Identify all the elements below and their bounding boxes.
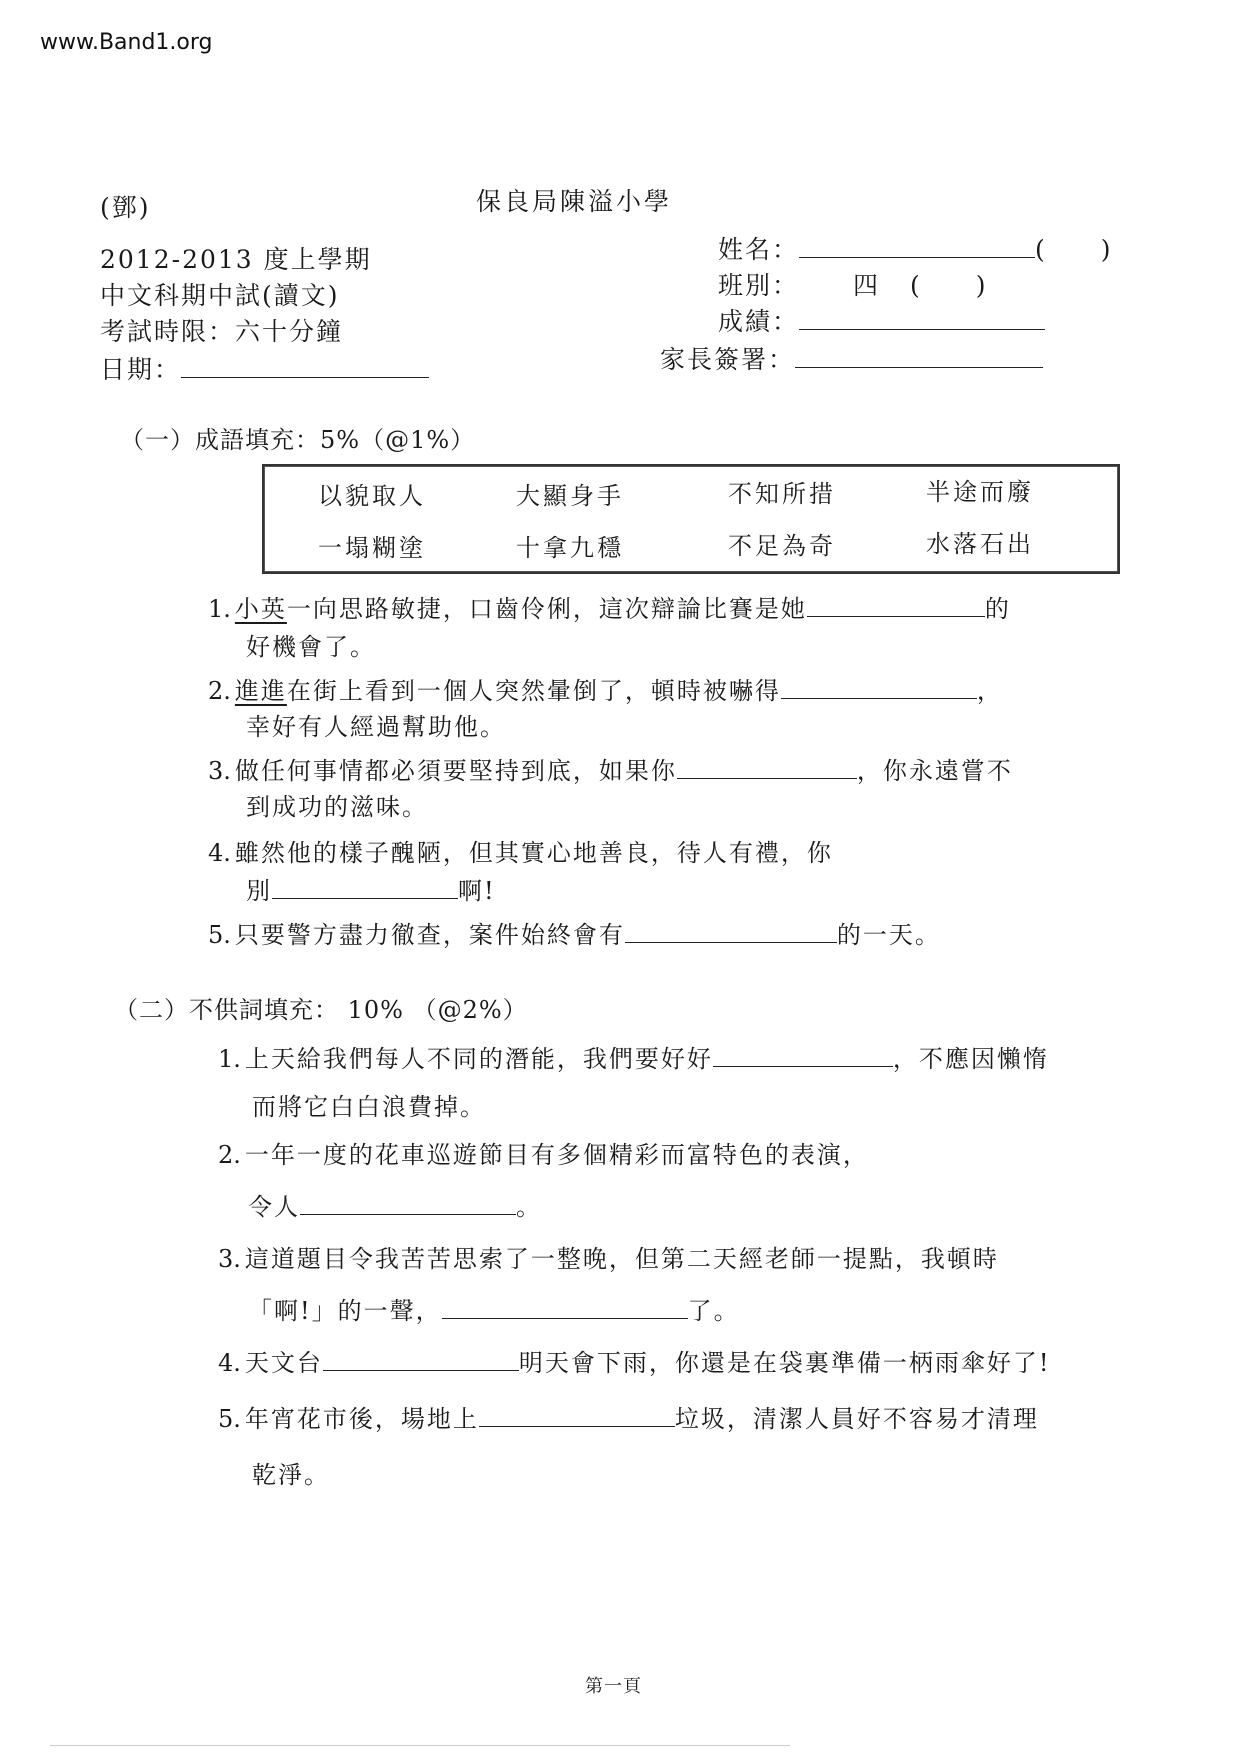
s2-question-3: 3.這道題目令我苦苦思索了一整晚，但第二天經老師一提點，我頓時: [218, 1242, 999, 1276]
answer-blank[interactable]: [713, 1042, 893, 1067]
signature-field[interactable]: 家長簽署：: [660, 340, 1043, 376]
teacher-tag: (鄧): [100, 188, 151, 224]
name-blank[interactable]: [799, 233, 1035, 258]
word-bank-item: 大顯身手: [516, 476, 624, 511]
signature-label: 家長簽署：: [660, 345, 795, 374]
s2-question-5: 5.年宵花市後，場地上垃圾，清潔人員好不容易才清理: [218, 1402, 1039, 1436]
s2-question-1: 1.上天給我們每人不同的潛能，我們要好好，不應因懶惰: [218, 1042, 1049, 1076]
term: 2012-2013 度上學期: [100, 240, 372, 276]
s1-question-4-cont: 別啊!: [246, 874, 496, 908]
s1-question-5: 5.只要警方盡力徹查，案件始終會有的一天。: [208, 918, 941, 952]
date-label: 日期：: [100, 355, 181, 384]
s1-question-2: 2.進進在街上看到一個人突然暈倒了，頓時被嚇得，: [208, 674, 1003, 708]
watermark: www.Band1.org: [40, 30, 213, 55]
page-edge-divider: [50, 1745, 790, 1746]
s2-question-1-cont: 而將它白白浪費掉。: [252, 1090, 486, 1124]
score-label: 成績：: [718, 307, 799, 336]
s1-question-1: 1.小英一向思路敏捷，口齒伶俐，這次辯論比賽是她的: [208, 592, 1011, 626]
class-number-paren: ( ): [1035, 235, 1113, 264]
s1-question-1-cont: 好機會了。: [246, 630, 376, 664]
class-label: 班別：: [718, 271, 799, 300]
answer-blank[interactable]: [479, 1402, 675, 1427]
s1-question-2-cont: 幸好有人經過幫助他。: [246, 710, 506, 744]
signature-blank[interactable]: [795, 343, 1043, 368]
answer-blank[interactable]: [300, 1190, 516, 1215]
word-bank-item: 不足為奇: [728, 526, 836, 561]
class-grade: 四: [853, 271, 880, 300]
answer-blank[interactable]: [323, 1346, 519, 1371]
section2-title: （二）不供詞填充： 10% （@2%）: [114, 990, 528, 1025]
subject-name: 進進: [235, 677, 287, 705]
subject-name: 小英: [235, 595, 287, 623]
score-field[interactable]: 成績：: [718, 302, 1045, 338]
word-bank-item: 一塌糊塗: [318, 528, 426, 563]
time-limit: 考試時限：六十分鐘: [100, 312, 343, 348]
s1-question-3-cont: 到成功的滋味。: [246, 790, 428, 824]
date-blank[interactable]: [181, 353, 429, 378]
s2-question-5-cont: 乾淨。: [252, 1458, 330, 1492]
word-bank-item: 水落石出: [926, 524, 1034, 559]
class-field[interactable]: 班別：四( ): [718, 266, 988, 302]
word-bank-item: 十拿九穩: [516, 528, 624, 563]
class-paren: ( ): [910, 271, 988, 300]
section1-title: （一）成語填充：5%（@1%）: [120, 420, 475, 455]
answer-blank[interactable]: [272, 874, 458, 899]
s1-question-4: 4.雖然他的樣子醜陋，但其實心地善良，待人有禮，你: [208, 836, 833, 870]
exam-title: 中文科期中試(讀文): [100, 276, 340, 312]
s2-question-3-cont: 「啊!」的一聲，了。: [248, 1294, 740, 1328]
page-number: 第一頁: [585, 1672, 642, 1698]
name-label: 姓名：: [718, 235, 799, 264]
answer-blank[interactable]: [677, 754, 857, 779]
s2-question-2: 2.一年一度的花車巡遊節目有多個精彩而富特色的表演，: [218, 1138, 869, 1172]
s2-question-4: 4.天文台明天會下雨，你還是在袋裏準備一柄雨傘好了!: [218, 1346, 1051, 1380]
word-bank-item: 不知所措: [728, 474, 836, 509]
s2-question-2-cont: 令人。: [248, 1190, 542, 1224]
answer-blank[interactable]: [781, 674, 977, 699]
score-blank[interactable]: [799, 305, 1045, 330]
name-field[interactable]: 姓名：( ): [718, 230, 1113, 266]
answer-blank[interactable]: [807, 592, 985, 617]
answer-blank[interactable]: [442, 1294, 688, 1319]
answer-blank[interactable]: [625, 918, 837, 943]
date-field[interactable]: 日期：: [100, 350, 429, 386]
word-bank-item: 以貌取人: [318, 476, 426, 511]
s1-question-3: 3.做任何事情都必須要堅持到底，如果你，你永遠嘗不: [208, 754, 1013, 788]
school-name: 保良局陳溢小學: [476, 182, 672, 218]
word-bank-item: 半途而廢: [926, 472, 1034, 507]
